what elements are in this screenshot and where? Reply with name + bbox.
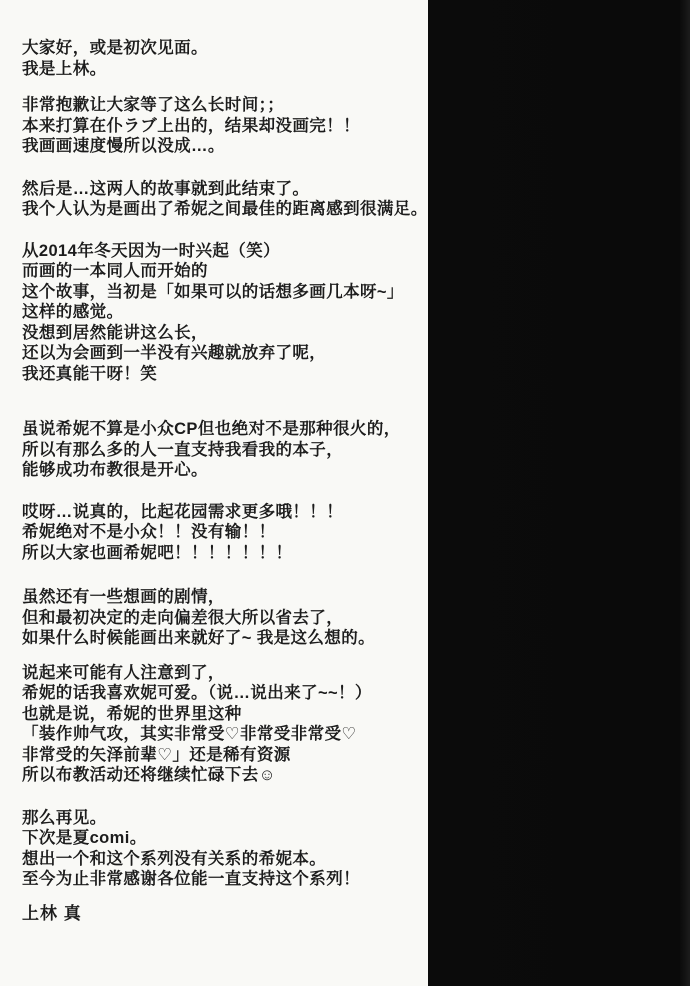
text-line: 所以布教活动还将继续忙碌下去☺ <box>22 765 424 786</box>
paragraph-farewell: 那么再见。 下次是夏comi。 想出一个和这个系列没有关系的希妮本。 至今为止非… <box>22 808 424 890</box>
text-line: 而画的一本同人而开始的 <box>22 261 424 282</box>
paragraph-confession: 说起来可能有人注意到了， 希妮的话我喜欢妮可爱。（说…说出来了~~！） 也就是说… <box>22 663 424 786</box>
black-side-panel <box>428 0 690 986</box>
paragraph-apology: 非常抱歉让大家等了这么长时间；； 本来打算在仆ラブ上出的，结果却没画完！！ 我画… <box>22 95 424 157</box>
text-line: 「装作帅气攻，其实非常受♡非常受非常受♡ <box>22 724 424 745</box>
text-line: 还以为会画到一半没有兴趣就放弃了呢， <box>22 343 424 364</box>
text-line: 这样的感觉。 <box>22 302 424 323</box>
text-line: 虽然还有一些想画的剧情， <box>22 587 424 608</box>
text-line: 说起来可能有人注意到了， <box>22 663 424 684</box>
text-line: 希妮绝对不是小众！！没有输！！ <box>22 522 424 543</box>
paragraph-origin: 从2014年冬天因为一时兴起（笑） 而画的一本同人而开始的 这个故事，当初是「如… <box>22 241 424 385</box>
text-line: 至今为止非常感谢各位能一直支持这个系列！ <box>22 869 424 890</box>
text-line: 本来打算在仆ラブ上出的，结果却没画完！！ <box>22 116 424 137</box>
text-line: 如果什么时候能画出来就好了~ 我是这么想的。 <box>22 628 424 649</box>
text-line: 没想到居然能讲这么长， <box>22 323 424 344</box>
text-line: 但和最初决定的走向偏差很大所以省去了， <box>22 608 424 629</box>
text-line: 所以大家也画希妮吧！！！！！！！ <box>22 543 424 564</box>
text-line: 我是上林。 <box>22 59 424 80</box>
text-line: 下次是夏comi。 <box>22 828 424 849</box>
text-line: 然后是…这两人的故事就到此结束了。 <box>22 179 424 200</box>
text-line: 我个人认为是画出了希妮之间最佳的距离感到很满足。 <box>22 199 424 220</box>
afterword-page: 大家好，或是初次见面。 我是上林。 非常抱歉让大家等了这么长时间；； 本来打算在… <box>0 0 690 986</box>
text-line: 我画画速度慢所以没成…。 <box>22 136 424 157</box>
text-line: 从2014年冬天因为一时兴起（笑） <box>22 241 424 262</box>
text-line: 能够成功布教很是开心。 <box>22 460 424 481</box>
paragraph-unused-plots: 虽然还有一些想画的剧情， 但和最初决定的走向偏差很大所以省去了， 如果什么时候能… <box>22 587 424 649</box>
paragraph-story-end: 然后是…这两人的故事就到此结束了。 我个人认为是画出了希妮之间最佳的距离感到很满… <box>22 179 424 220</box>
text-line: 非常抱歉让大家等了这么长时间；； <box>22 95 424 116</box>
text-line: 也就是说，希妮的世界里这种 <box>22 704 424 725</box>
text-line: 这个故事，当初是「如果可以的话想多画几本呀~」 <box>22 282 424 303</box>
text-line: 我还真能干呀！笑 <box>22 364 424 385</box>
afterword-text: 大家好，或是初次见面。 我是上林。 非常抱歉让大家等了这么长时间；； 本来打算在… <box>22 38 424 924</box>
text-line: 所以有那么多的人一直支持我看我的本子， <box>22 440 424 461</box>
paragraph-thanks: 虽说希妮不算是小众CP但也绝对不是那种很火的， 所以有那么多的人一直支持我看我的… <box>22 419 424 481</box>
signature: 上林 真 <box>22 904 424 925</box>
text-line: 非常受的矢泽前辈♡」还是稀有资源 <box>22 745 424 766</box>
text-line: 哎呀…说真的，比起花园需求更多哦！！！ <box>22 502 424 523</box>
paragraph-greeting: 大家好，或是初次见面。 我是上林。 <box>22 38 424 79</box>
paragraph-demand: 哎呀…说真的，比起花园需求更多哦！！！ 希妮绝对不是小众！！没有输！！ 所以大家… <box>22 502 424 564</box>
text-line: 那么再见。 <box>22 808 424 829</box>
text-line: 虽说希妮不算是小众CP但也绝对不是那种很火的， <box>22 419 424 440</box>
text-line: 大家好，或是初次见面。 <box>22 38 424 59</box>
text-line: 想出一个和这个系列没有关系的希妮本。 <box>22 849 424 870</box>
text-line: 希妮的话我喜欢妮可爱。（说…说出来了~~！） <box>22 683 424 704</box>
